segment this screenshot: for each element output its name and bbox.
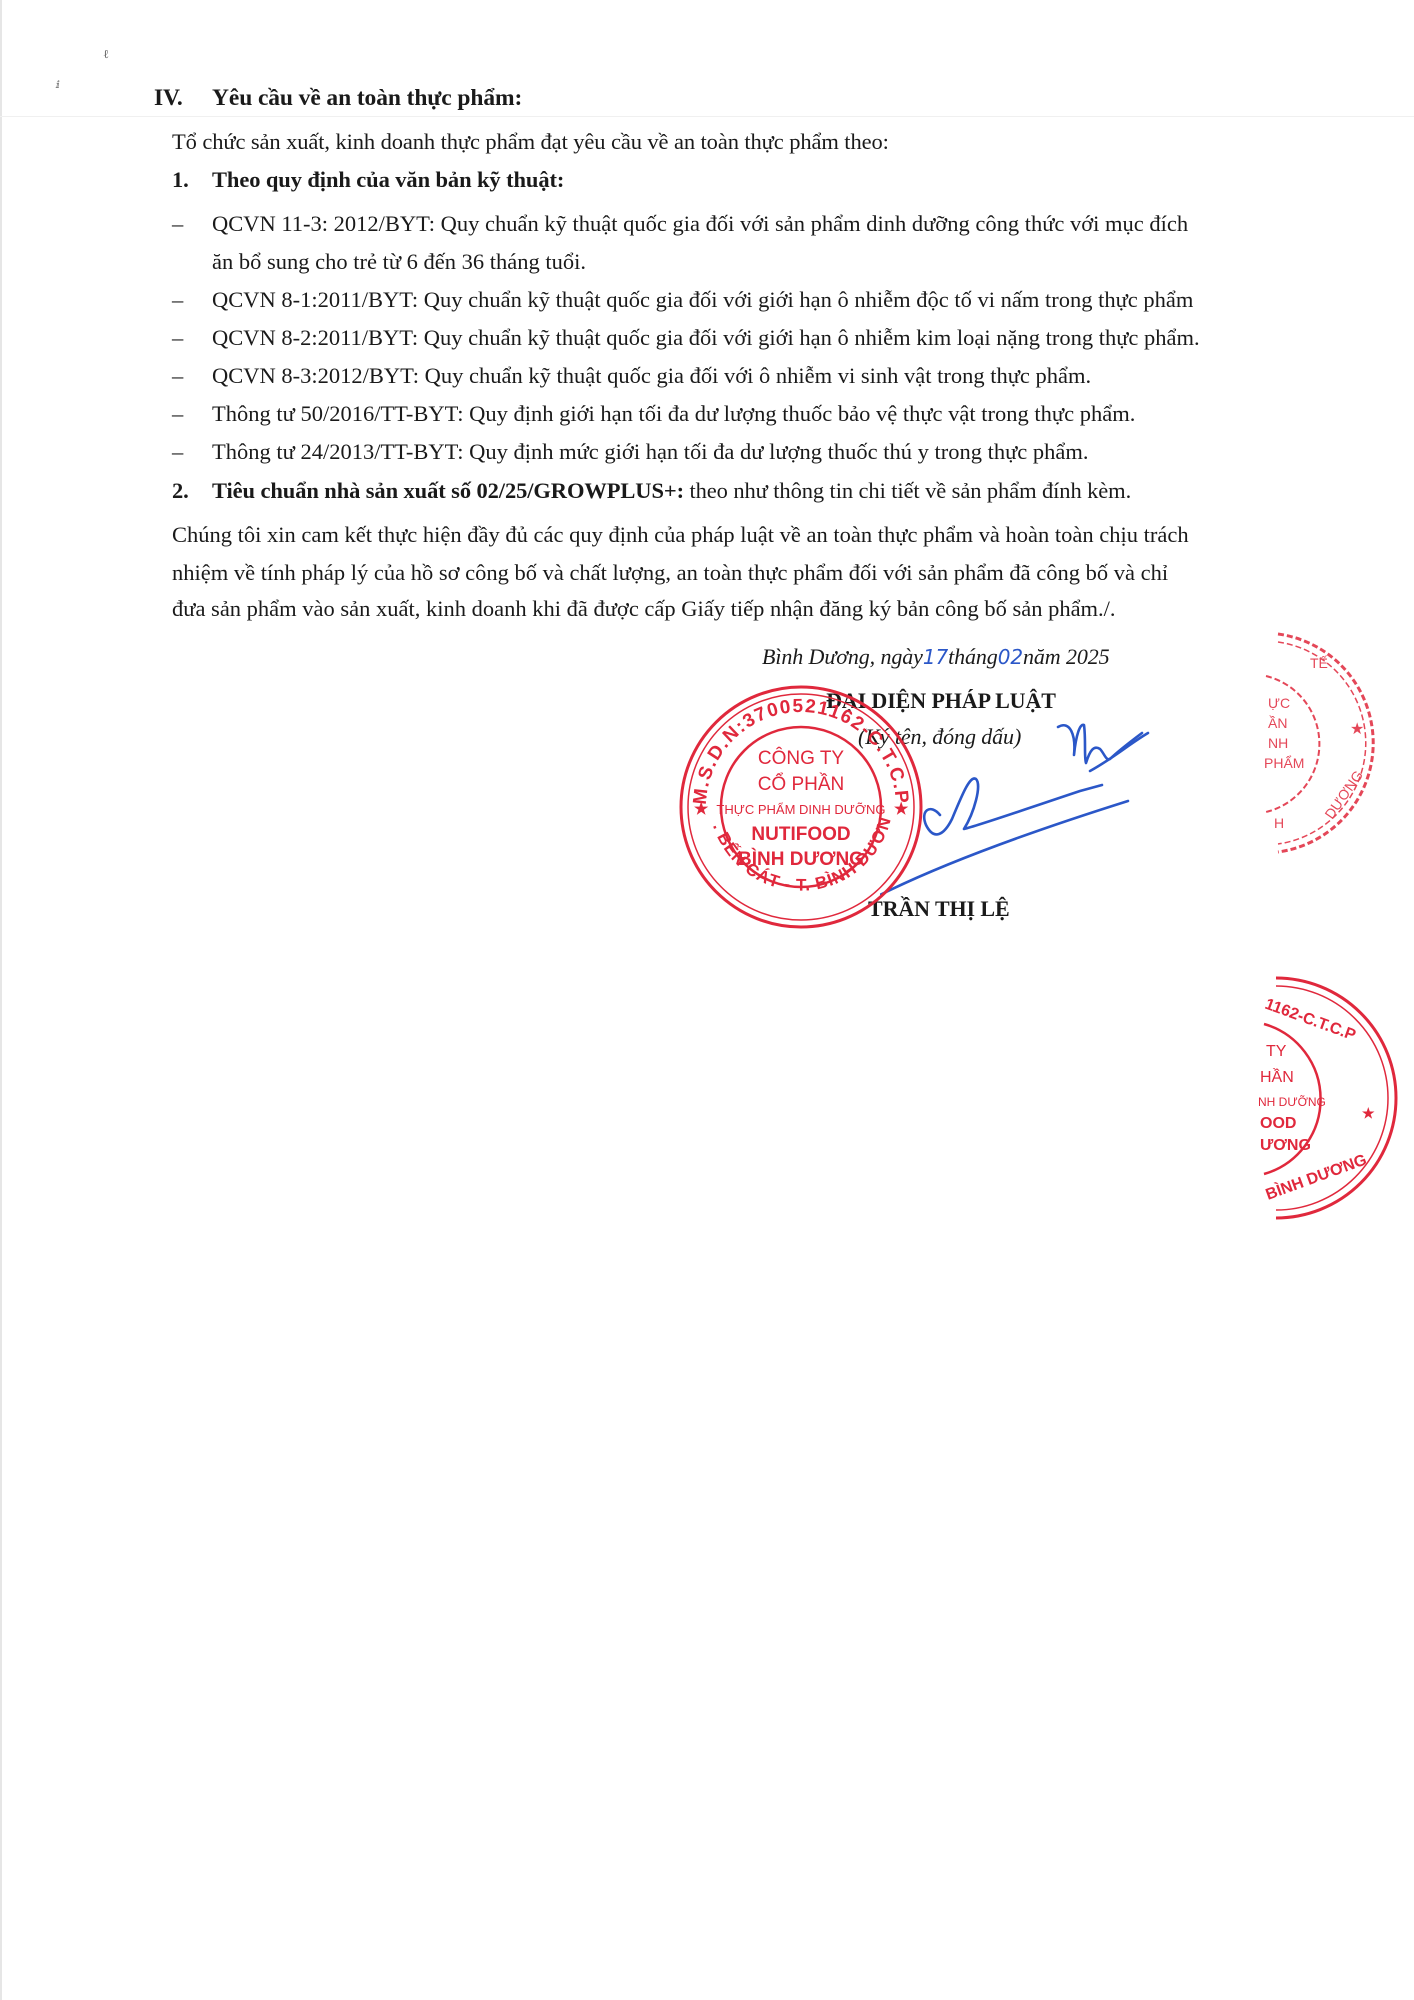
regulation-text: QCVN 8-1:2011/BYT: Quy chuẩn kỹ thuật qu… xyxy=(212,287,1193,312)
section-title: Yêu cầu về an toàn thực phẩm: xyxy=(212,85,522,111)
svg-text:★: ★ xyxy=(1362,1105,1375,1121)
subsection-2-text: theo như thông tin chi tiết về sản phẩm … xyxy=(684,478,1131,503)
commitment-line: nhiệm về tính pháp lý của hồ sơ công bố … xyxy=(172,562,1168,585)
regulation-item: –QCVN 8-2:2011/BYT: Quy chuẩn kỹ thuật q… xyxy=(172,327,1200,350)
regulation-text: Thông tư 24/2013/TT-BYT: Quy định mức gi… xyxy=(212,439,1089,464)
dash-bullet: – xyxy=(172,441,212,464)
svg-text:★: ★ xyxy=(894,801,909,818)
regulation-text: QCVN 11-3: 2012/BYT: Quy chuẩn kỹ thuật … xyxy=(212,211,1188,236)
svg-text:CÔNG TY: CÔNG TY xyxy=(758,747,845,769)
svg-text:1162-C.T.C.P: 1162-C.T.C.P xyxy=(1263,996,1359,1045)
subsection-1-heading: 1.Theo quy định của văn bản kỹ thuật: xyxy=(172,169,564,192)
date-month-label: tháng xyxy=(948,644,998,669)
dash-bullet: – xyxy=(172,327,212,350)
representative-title: ĐẠI DIỆN PHÁP LUẬT xyxy=(826,690,1056,712)
svg-text:DƯƠNG: DƯƠNG xyxy=(1321,767,1366,821)
regulation-item: –QCVN 11-3: 2012/BYT: Quy chuẩn kỹ thuật… xyxy=(172,213,1188,236)
svg-text:THỰC PHẨM DINH DƯỠNG: THỰC PHẨM DINH DƯỠNG xyxy=(716,802,885,817)
regulation-item: –QCVN 8-3:2012/BYT: Quy chuẩn kỹ thuật q… xyxy=(172,365,1091,388)
svg-text:ỰC: ỰC xyxy=(1268,695,1290,711)
regulation-text: QCVN 8-2:2011/BYT: Quy chuẩn kỹ thuật qu… xyxy=(212,325,1200,350)
document-page: ℓ ⅈ IV.Yêu cầu về an toàn thực phẩm: Tổ … xyxy=(0,0,1414,2000)
regulation-text: Thông tư 50/2016/TT-BYT: Quy định giới h… xyxy=(212,401,1135,426)
regulation-text: QCVN 8-3:2012/BYT: Quy chuẩn kỹ thuật qu… xyxy=(212,363,1091,388)
subsection-2-number: 2. xyxy=(172,480,212,503)
commitment-line: Chúng tôi xin cam kết thực hiện đầy đủ c… xyxy=(172,524,1189,547)
svg-text:H: H xyxy=(1274,815,1284,831)
regulation-item: –Thông tư 24/2013/TT-BYT: Quy định mức g… xyxy=(172,441,1089,464)
scan-artifact-line xyxy=(0,116,1414,117)
svg-text:NH: NH xyxy=(1268,735,1288,751)
sign-note: (Ký tên, đóng dấu) xyxy=(858,726,1021,748)
dash-bullet: – xyxy=(172,289,212,312)
svg-text:NUTIFOOD: NUTIFOOD xyxy=(751,824,850,845)
svg-text:★: ★ xyxy=(694,801,709,818)
svg-text:ƯƠNG: ƯƠNG xyxy=(1260,1137,1311,1154)
date-year: năm 2025 xyxy=(1023,644,1110,669)
signer-name: TRẦN THỊ LỆ xyxy=(868,898,1010,920)
subsection-1-title: Theo quy định của văn bản kỹ thuật: xyxy=(212,167,564,192)
section-number: IV. xyxy=(154,87,212,111)
subsection-2-title: Tiêu chuẩn nhà sản xuất số 02/25/GROWPLU… xyxy=(212,478,684,503)
svg-text:NH DƯỠNG: NH DƯỠNG xyxy=(1258,1094,1326,1109)
regulation-item: –QCVN 8-1:2011/BYT: Quy chuẩn kỹ thuật q… xyxy=(172,289,1193,312)
dash-bullet: – xyxy=(172,213,212,236)
partial-stamp-icon: TẾ ỰC ẦN NH PHẨM ★ DƯƠNG H xyxy=(1254,628,1414,858)
section-heading: IV.Yêu cầu về an toàn thực phẩm: xyxy=(154,87,522,111)
scan-speck: ⅈ xyxy=(56,80,60,91)
svg-text:HẦN: HẦN xyxy=(1260,1067,1294,1086)
dash-bullet: – xyxy=(172,403,212,426)
svg-text:PHẨM: PHẨM xyxy=(1264,754,1304,771)
svg-text:TẾ: TẾ xyxy=(1310,655,1328,671)
svg-text:TP. BẾN CÁT - T. BÌNH DƯƠNG: TP. BẾN CÁT - T. BÌNH DƯƠNG xyxy=(676,682,895,895)
intro-text: Tổ chức sản xuất, kinh doanh thực phẩm đ… xyxy=(172,131,889,154)
scan-edge xyxy=(0,0,2,2000)
scan-speck: ℓ xyxy=(103,47,109,62)
svg-text:BÌNH DƯƠNG: BÌNH DƯƠNG xyxy=(738,848,864,870)
regulation-item-continuation: ăn bổ sung cho trẻ từ 6 đến 36 tháng tuổ… xyxy=(212,251,586,274)
svg-text:CỔ PHẦN: CỔ PHẦN xyxy=(758,773,845,795)
commitment-line: đưa sản phẩm vào sản xuất, kinh doanh kh… xyxy=(172,598,1116,621)
handwritten-month: 02 xyxy=(998,645,1023,669)
subsection-1-number: 1. xyxy=(172,169,212,192)
date-line: Bình Dương, ngày17tháng02năm 2025 xyxy=(762,646,1110,668)
date-place: Bình Dương, ngày xyxy=(762,644,923,669)
partial-stamp-icon: 1162-C.T.C.P TY HẦN NH DƯỠNG OOD ƯƠNG ★ … xyxy=(1254,968,1414,1228)
svg-text:TY: TY xyxy=(1266,1043,1287,1060)
subsection-2: 2.Tiêu chuẩn nhà sản xuất số 02/25/GROWP… xyxy=(172,480,1131,503)
svg-text:★: ★ xyxy=(1350,721,1364,738)
regulation-item: –Thông tư 50/2016/TT-BYT: Quy định giới … xyxy=(172,403,1135,426)
company-stamp-icon: M.S.D.N:3700521162-C.T.C.P TP. BẾN CÁT -… xyxy=(676,682,926,932)
svg-text:OOD: OOD xyxy=(1260,1115,1296,1132)
svg-text:ẦN: ẦN xyxy=(1268,715,1287,731)
handwritten-day: 17 xyxy=(923,645,948,669)
dash-bullet: – xyxy=(172,365,212,388)
svg-text:BÌNH DƯƠNG: BÌNH DƯƠNG xyxy=(1263,1150,1369,1204)
